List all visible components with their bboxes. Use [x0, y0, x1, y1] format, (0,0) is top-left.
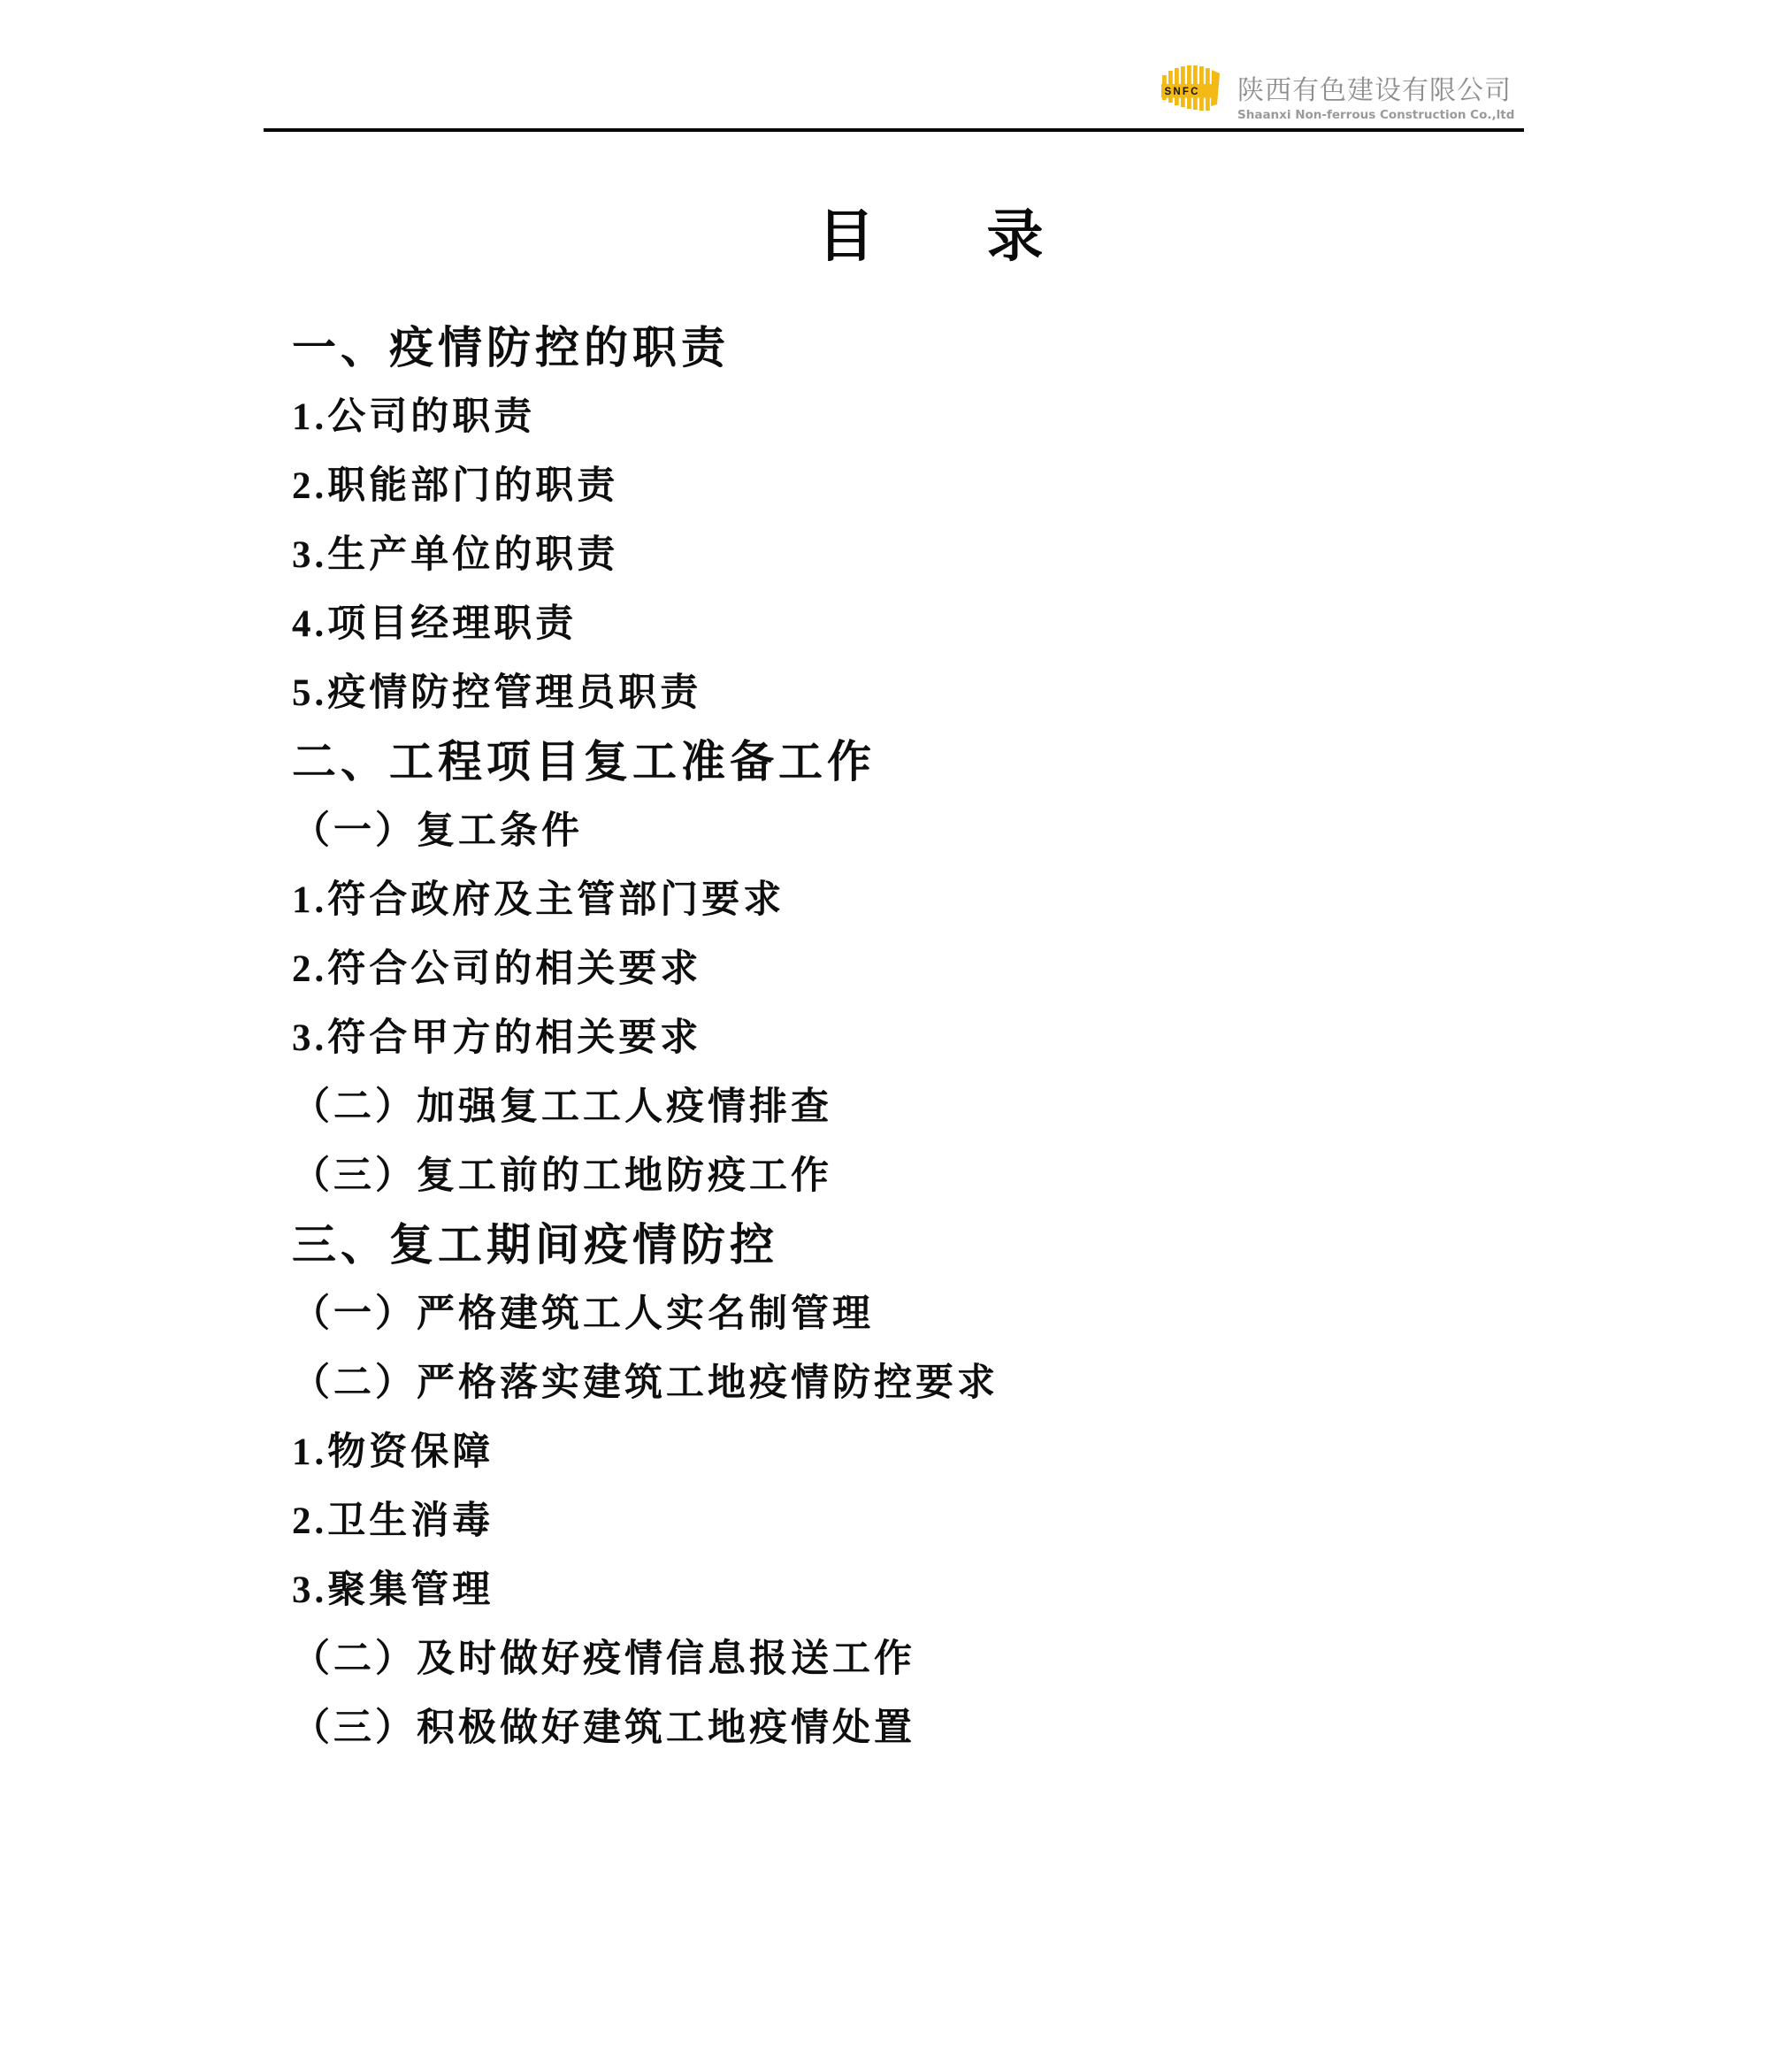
toc-entry: （二）严格落实建筑工地疫情防控要求: [292, 1345, 1659, 1414]
toc-entry: 2.卫生消毒: [292, 1483, 1659, 1552]
company-name-zh: 陕西有色建设有限公司: [1237, 78, 1514, 104]
toc-entry: 2.符合公司的相关要求: [292, 931, 1659, 1000]
toc-entry: 3.生产单位的职责: [292, 517, 1659, 586]
document-page: SNFC 陕西有色建设有限公司 Shaanxi Non-ferrous Cons…: [0, 0, 1792, 2049]
toc-entry: （三）复工前的工地防疫工作: [292, 1138, 1659, 1207]
toc-entry: （二）加强复工工人疫情排查: [292, 1069, 1659, 1138]
toc-section-heading: 三、复工期间疫情防控: [292, 1207, 1659, 1276]
toc-entry: （三）积极做好建筑工地疫情处置: [292, 1690, 1659, 1759]
toc-section-heading: 二、工程项目复工准备工作: [292, 724, 1659, 793]
toc-entry: 5.疫情防控管理员职责: [292, 655, 1659, 724]
toc-entry: （二）及时做好疫情信息报送工作: [292, 1621, 1659, 1690]
page-title-char-2: 录: [987, 205, 1045, 268]
company-name-en: Shaanxi Non-ferrous Construction Co.,ltd: [1237, 108, 1514, 122]
toc-list: 一、疫情防控的职责1.公司的职责2.职能部门的职责3.生产单位的职责4.项目经理…: [292, 310, 1659, 1759]
toc-entry: （一）严格建筑工人实名制管理: [292, 1276, 1659, 1345]
snfc-fan-icon: SNFC: [1161, 62, 1220, 113]
toc-entry: 1.符合政府及主管部门要求: [292, 862, 1659, 931]
toc-entry: 4.项目经理职责: [292, 586, 1659, 655]
toc-entry: 3.聚集管理: [292, 1552, 1659, 1621]
toc-entry: 2.职能部门的职责: [292, 448, 1659, 517]
page-title-char-1: 目: [818, 205, 877, 268]
company-logo: SNFC 陕西有色建设有限公司 Shaanxi Non-ferrous Cons…: [1161, 62, 1514, 122]
company-names: 陕西有色建设有限公司 Shaanxi Non-ferrous Construct…: [1237, 62, 1514, 122]
snfc-abbr-text: SNFC: [1165, 87, 1200, 97]
toc-entry: 1.公司的职责: [292, 379, 1659, 448]
toc-section-heading: 一、疫情防控的职责: [292, 310, 1659, 379]
page-title: 目录: [35, 206, 1792, 268]
toc-entry: （一）复工条件: [292, 793, 1659, 862]
header-divider-line: [264, 128, 1524, 132]
toc-entry: 1.物资保障: [292, 1414, 1659, 1483]
toc-entry: 3.符合甲方的相关要求: [292, 1000, 1659, 1069]
